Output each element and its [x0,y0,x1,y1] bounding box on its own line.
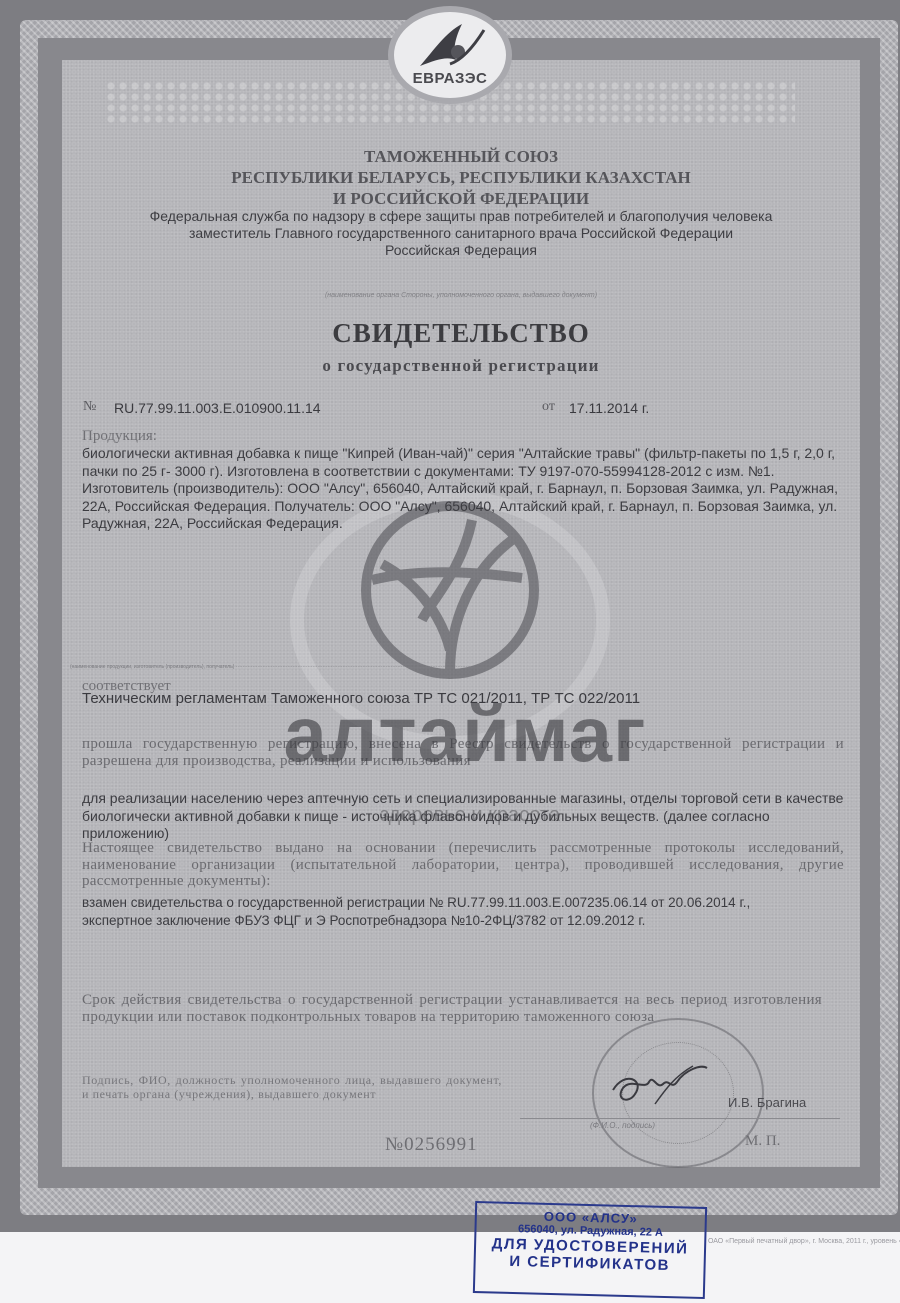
document-title: СВИДЕТЕЛЬСТВО [62,318,860,349]
registration-date-label: от [542,399,555,415]
conformity-text: Техническим регламентам Таможенного союз… [82,690,844,707]
fine-print-caption: (наименование продукции, изготовитель (п… [70,664,850,670]
agency-line: Федеральная служба по надзору в сфере за… [62,208,860,225]
signer-name: И.В. Брагина [728,1095,806,1110]
union-line: ТАМОЖЕННЫЙ СОЮЗ [62,146,860,167]
basis-text: взамен свидетельства о государственной р… [82,894,802,930]
product-label: Продукция: [82,429,157,444]
signature-caption: (Ф.И.О., подпись) [590,1121,655,1130]
validity-text: Срок действия свидетельства о государств… [82,992,822,1025]
document-subtitle: о государственной регистрации [62,356,860,376]
union-line: И РОССИЙСКОЙ ФЕДЕРАЦИИ [62,188,860,209]
eurasec-logo: ЕВРАЗЭС [388,6,512,104]
seal-place-label: М. П. [745,1133,780,1150]
registration-date: 17.11.2014 г. [569,400,649,416]
product-description: биологически активная добавка к пище "Ки… [82,445,844,533]
handwritten-signature [605,1060,715,1110]
eurasec-emblem-icon [416,20,486,70]
signature-line [520,1118,840,1119]
agency-header: Федеральная служба по надзору в сфере за… [62,208,860,259]
usage-scope-text: для реализации населению через аптечную … [82,790,848,843]
basis-label: Настоящее свидетельство выдано на основа… [82,840,844,890]
blank-serial-number: №0256991 [385,1134,478,1156]
company-stamp: ООО «АЛСУ» 656040, ул. Радужная, 22 А ДЛ… [473,1201,707,1299]
printer-note: ОАО «Первый печатный двор», г. Москва, 2… [708,1238,900,1245]
issuer-caption: (наименование органа Стороны, уполномоче… [62,292,860,299]
registration-number-label: № [83,399,96,415]
registration-status-text: прошла государственную регистрацию, внес… [82,736,844,769]
signature-label: Подпись, ФИО, должность уполномоченного … [82,1073,502,1101]
union-line: РЕСПУБЛИКИ БЕЛАРУСЬ, РЕСПУБЛИКИ КАЗАХСТА… [62,167,860,188]
customs-union-header: ТАМОЖЕННЫЙ СОЮЗ РЕСПУБЛИКИ БЕЛАРУСЬ, РЕС… [62,146,860,209]
logo-text: ЕВРАЗЭС [394,70,506,87]
agency-line: Российская Федерация [62,242,860,259]
registration-number: RU.77.99.11.003.Е.010900.11.14 [114,400,321,416]
agency-line: заместитель Главного государственного са… [62,225,860,242]
